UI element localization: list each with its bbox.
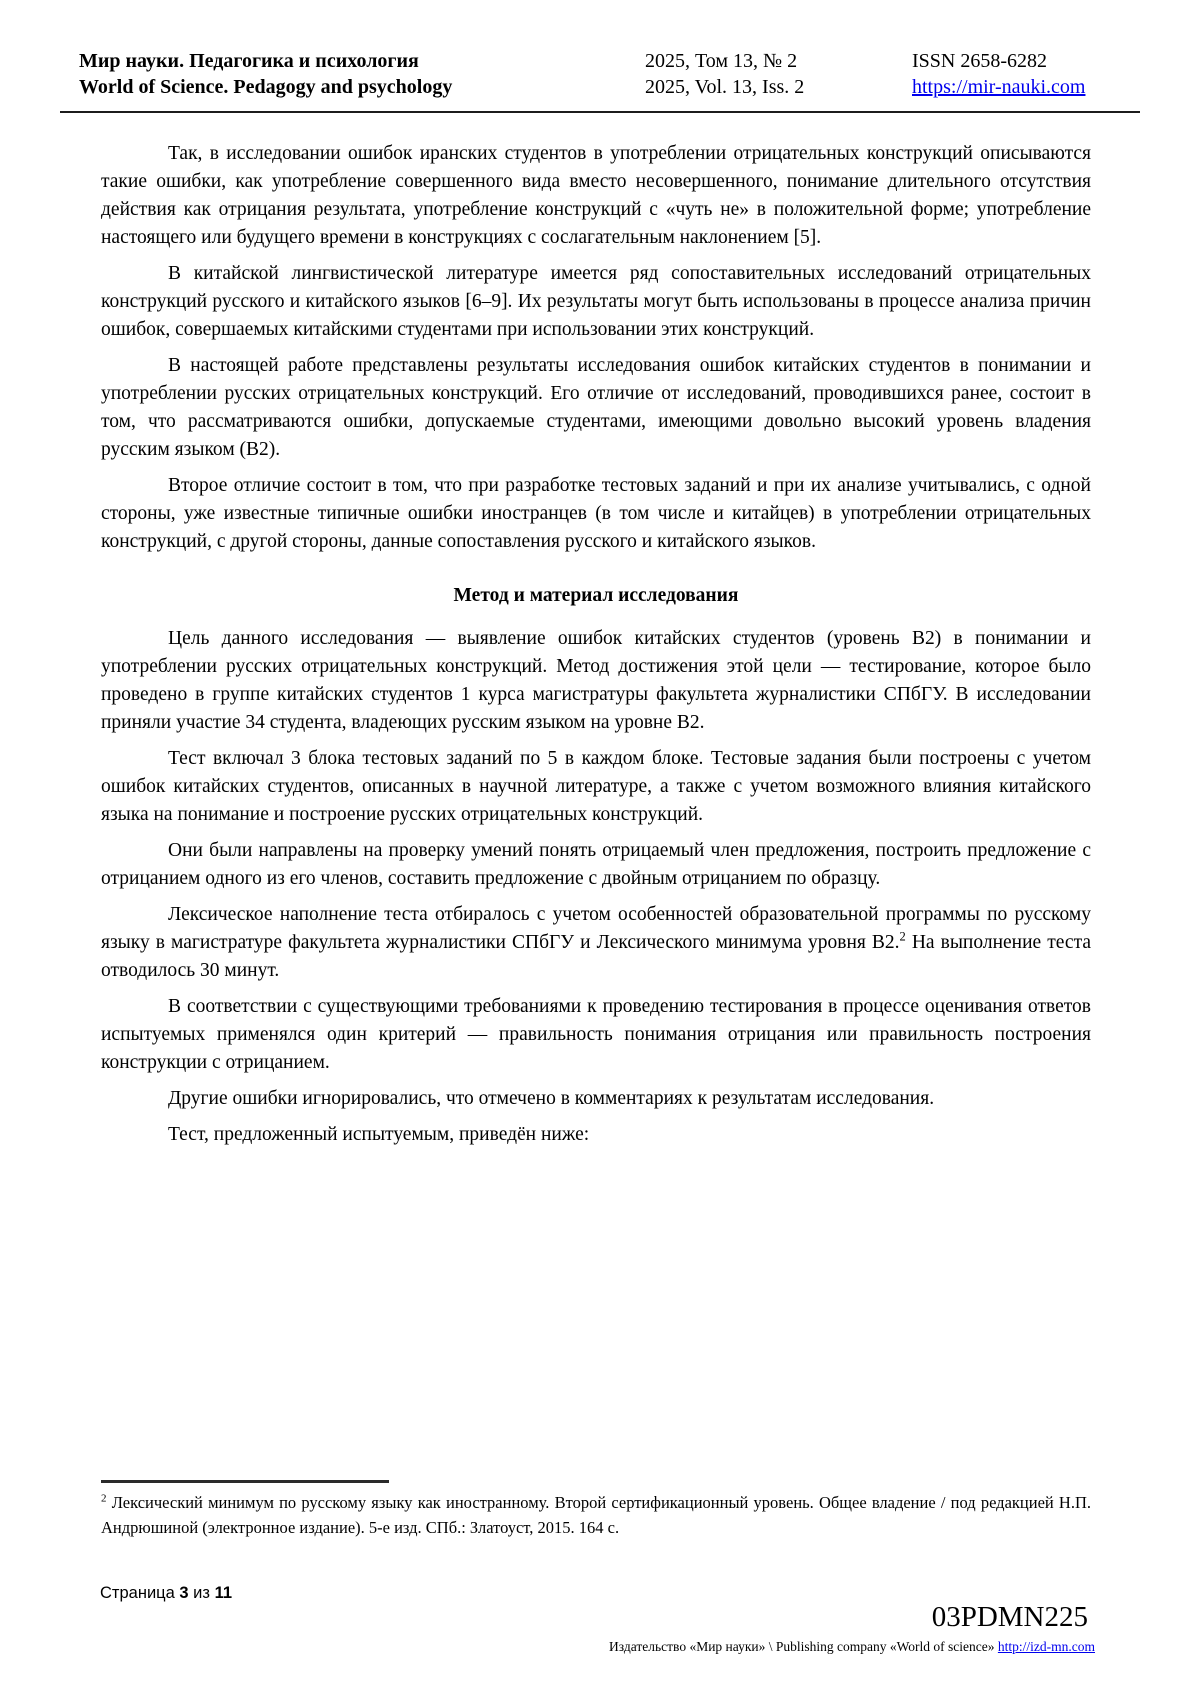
paragraph-test-skills: Они были направлены на проверку умений п… — [101, 837, 1091, 893]
paragraph-second-difference: Второе отличие состоит в том, что при ра… — [101, 472, 1091, 556]
footnote-marker: 2 — [101, 1493, 107, 1505]
issn-number: ISSN 2658-6282 — [912, 48, 1085, 74]
header-divider — [60, 111, 1140, 113]
section-heading-method: Метод и материал исследования — [101, 582, 1091, 610]
page-indicator: Страница 3 из 11 — [100, 1583, 232, 1603]
paragraph-study-goal: Цель данного исследования — выявление ош… — [101, 625, 1091, 737]
page-of-label: из — [193, 1584, 210, 1602]
journal-site-link[interactable]: https://mir-nauki.com — [912, 76, 1085, 98]
journal-title-en: World of Science. Pedagogy and psycholog… — [79, 74, 452, 100]
publisher-site-link[interactable]: http://izd-mn.com — [998, 1639, 1095, 1654]
publisher-text: Издательство «Мир науки» \ Publishing co… — [609, 1639, 994, 1654]
issue-info-en: 2025, Vol. 13, Iss. 2 — [645, 74, 804, 100]
paragraph-test-below: Тест, предложенный испытуемым, приведён … — [101, 1121, 1091, 1149]
footnote-divider — [101, 1480, 389, 1483]
article-code: 03PDMN225 — [932, 1601, 1088, 1633]
issn-block: ISSN 2658-6282 https://mir-nauki.com — [912, 48, 1085, 100]
page-total: 11 — [215, 1584, 232, 1602]
page-label: Страница — [100, 1584, 175, 1602]
paragraph-other-errors: Другие ошибки игнорировались, что отмече… — [101, 1085, 1091, 1113]
footnote-area: 2 Лексический минимум по русскому языку … — [101, 1480, 1091, 1540]
paragraph-test-blocks: Тест включал 3 блока тестовых заданий по… — [101, 745, 1091, 829]
article-body: Так, в исследовании ошибок иранских студ… — [101, 140, 1091, 1157]
footnote-text: Лексический минимум по русскому языку ка… — [101, 1493, 1091, 1537]
journal-header: Мир науки. Педагогика и психология World… — [0, 48, 1200, 108]
paragraph-lexical-content: Лексическое наполнение теста отбиралось … — [101, 901, 1091, 985]
paragraph-errors-iranian-students: Так, в исследовании ошибок иранских студ… — [101, 140, 1091, 252]
footnote: 2 Лексический минимум по русскому языку … — [101, 1490, 1091, 1540]
paragraph-chinese-literature: В китайской лингвистической литературе и… — [101, 260, 1091, 344]
paragraph-present-study: В настоящей работе представлены результа… — [101, 352, 1091, 464]
document-page: Мир науки. Педагогика и психология World… — [0, 0, 1200, 1697]
publisher-line: Издательство «Мир науки» \ Publishing co… — [609, 1638, 1095, 1655]
issue-info-ru: 2025, Том 13, № 2 — [645, 48, 804, 74]
issue-info: 2025, Том 13, № 2 2025, Vol. 13, Iss. 2 — [645, 48, 804, 100]
journal-title-ru: Мир науки. Педагогика и психология — [79, 48, 452, 74]
paragraph-assessment-criterion: В соответствии с существующими требовани… — [101, 993, 1091, 1077]
page-current: 3 — [179, 1584, 188, 1602]
journal-titles: Мир науки. Педагогика и психология World… — [79, 48, 452, 100]
